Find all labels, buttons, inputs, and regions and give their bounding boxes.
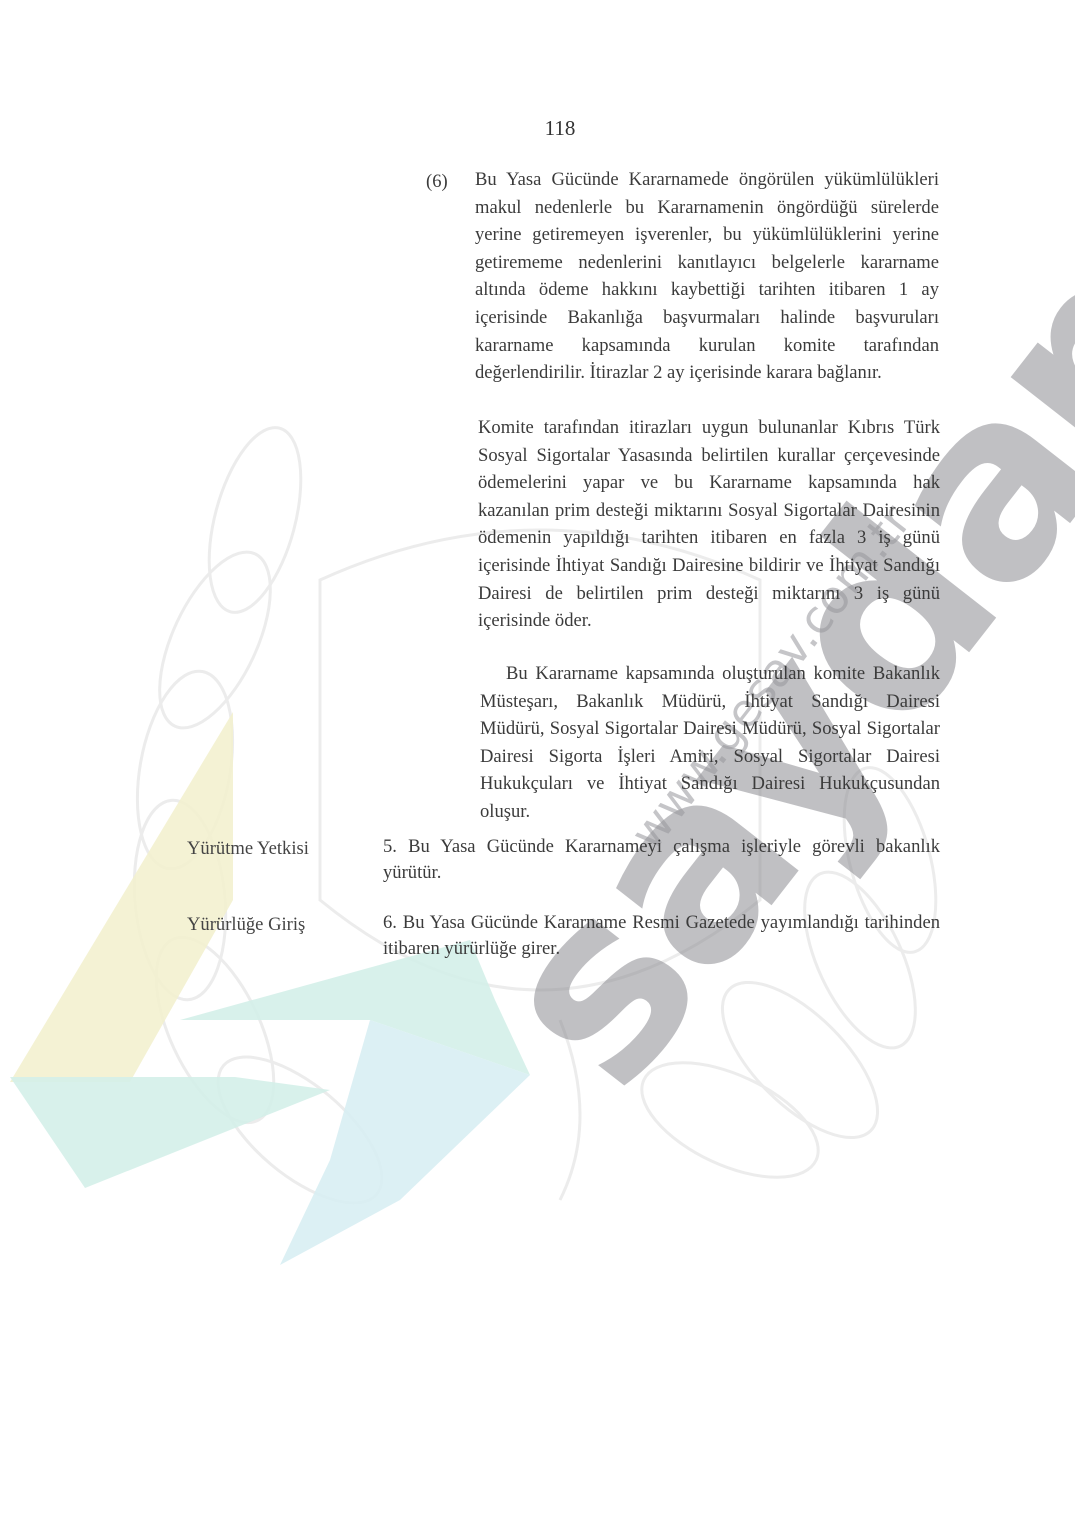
clause-6-paragraph-3: Bu Kararname kapsamında oluşturulan komi… xyxy=(480,660,940,826)
clause-6-paragraph-1: Bu Yasa Gücünde Kararnamede öngörülen yü… xyxy=(475,166,939,387)
section-6-text: 6. Bu Yasa Gücünde Kararname Resmi Gazet… xyxy=(383,910,940,962)
document-page: 118 (6) Bu Yasa Gücünde Kararnamede öngö… xyxy=(0,0,1075,1518)
page-number: 118 xyxy=(520,116,600,141)
section-5-label: Yürütme Yetkisi xyxy=(187,836,309,862)
clause-number: (6) xyxy=(426,168,448,196)
section-6-label: Yürürlüğe Giriş xyxy=(187,912,305,938)
section-5-text: 5. Bu Yasa Gücünde Kararnameyi çalışma i… xyxy=(383,834,940,886)
clause-6-paragraph-2: Komite tarafından itirazları uygun bulun… xyxy=(478,414,940,635)
